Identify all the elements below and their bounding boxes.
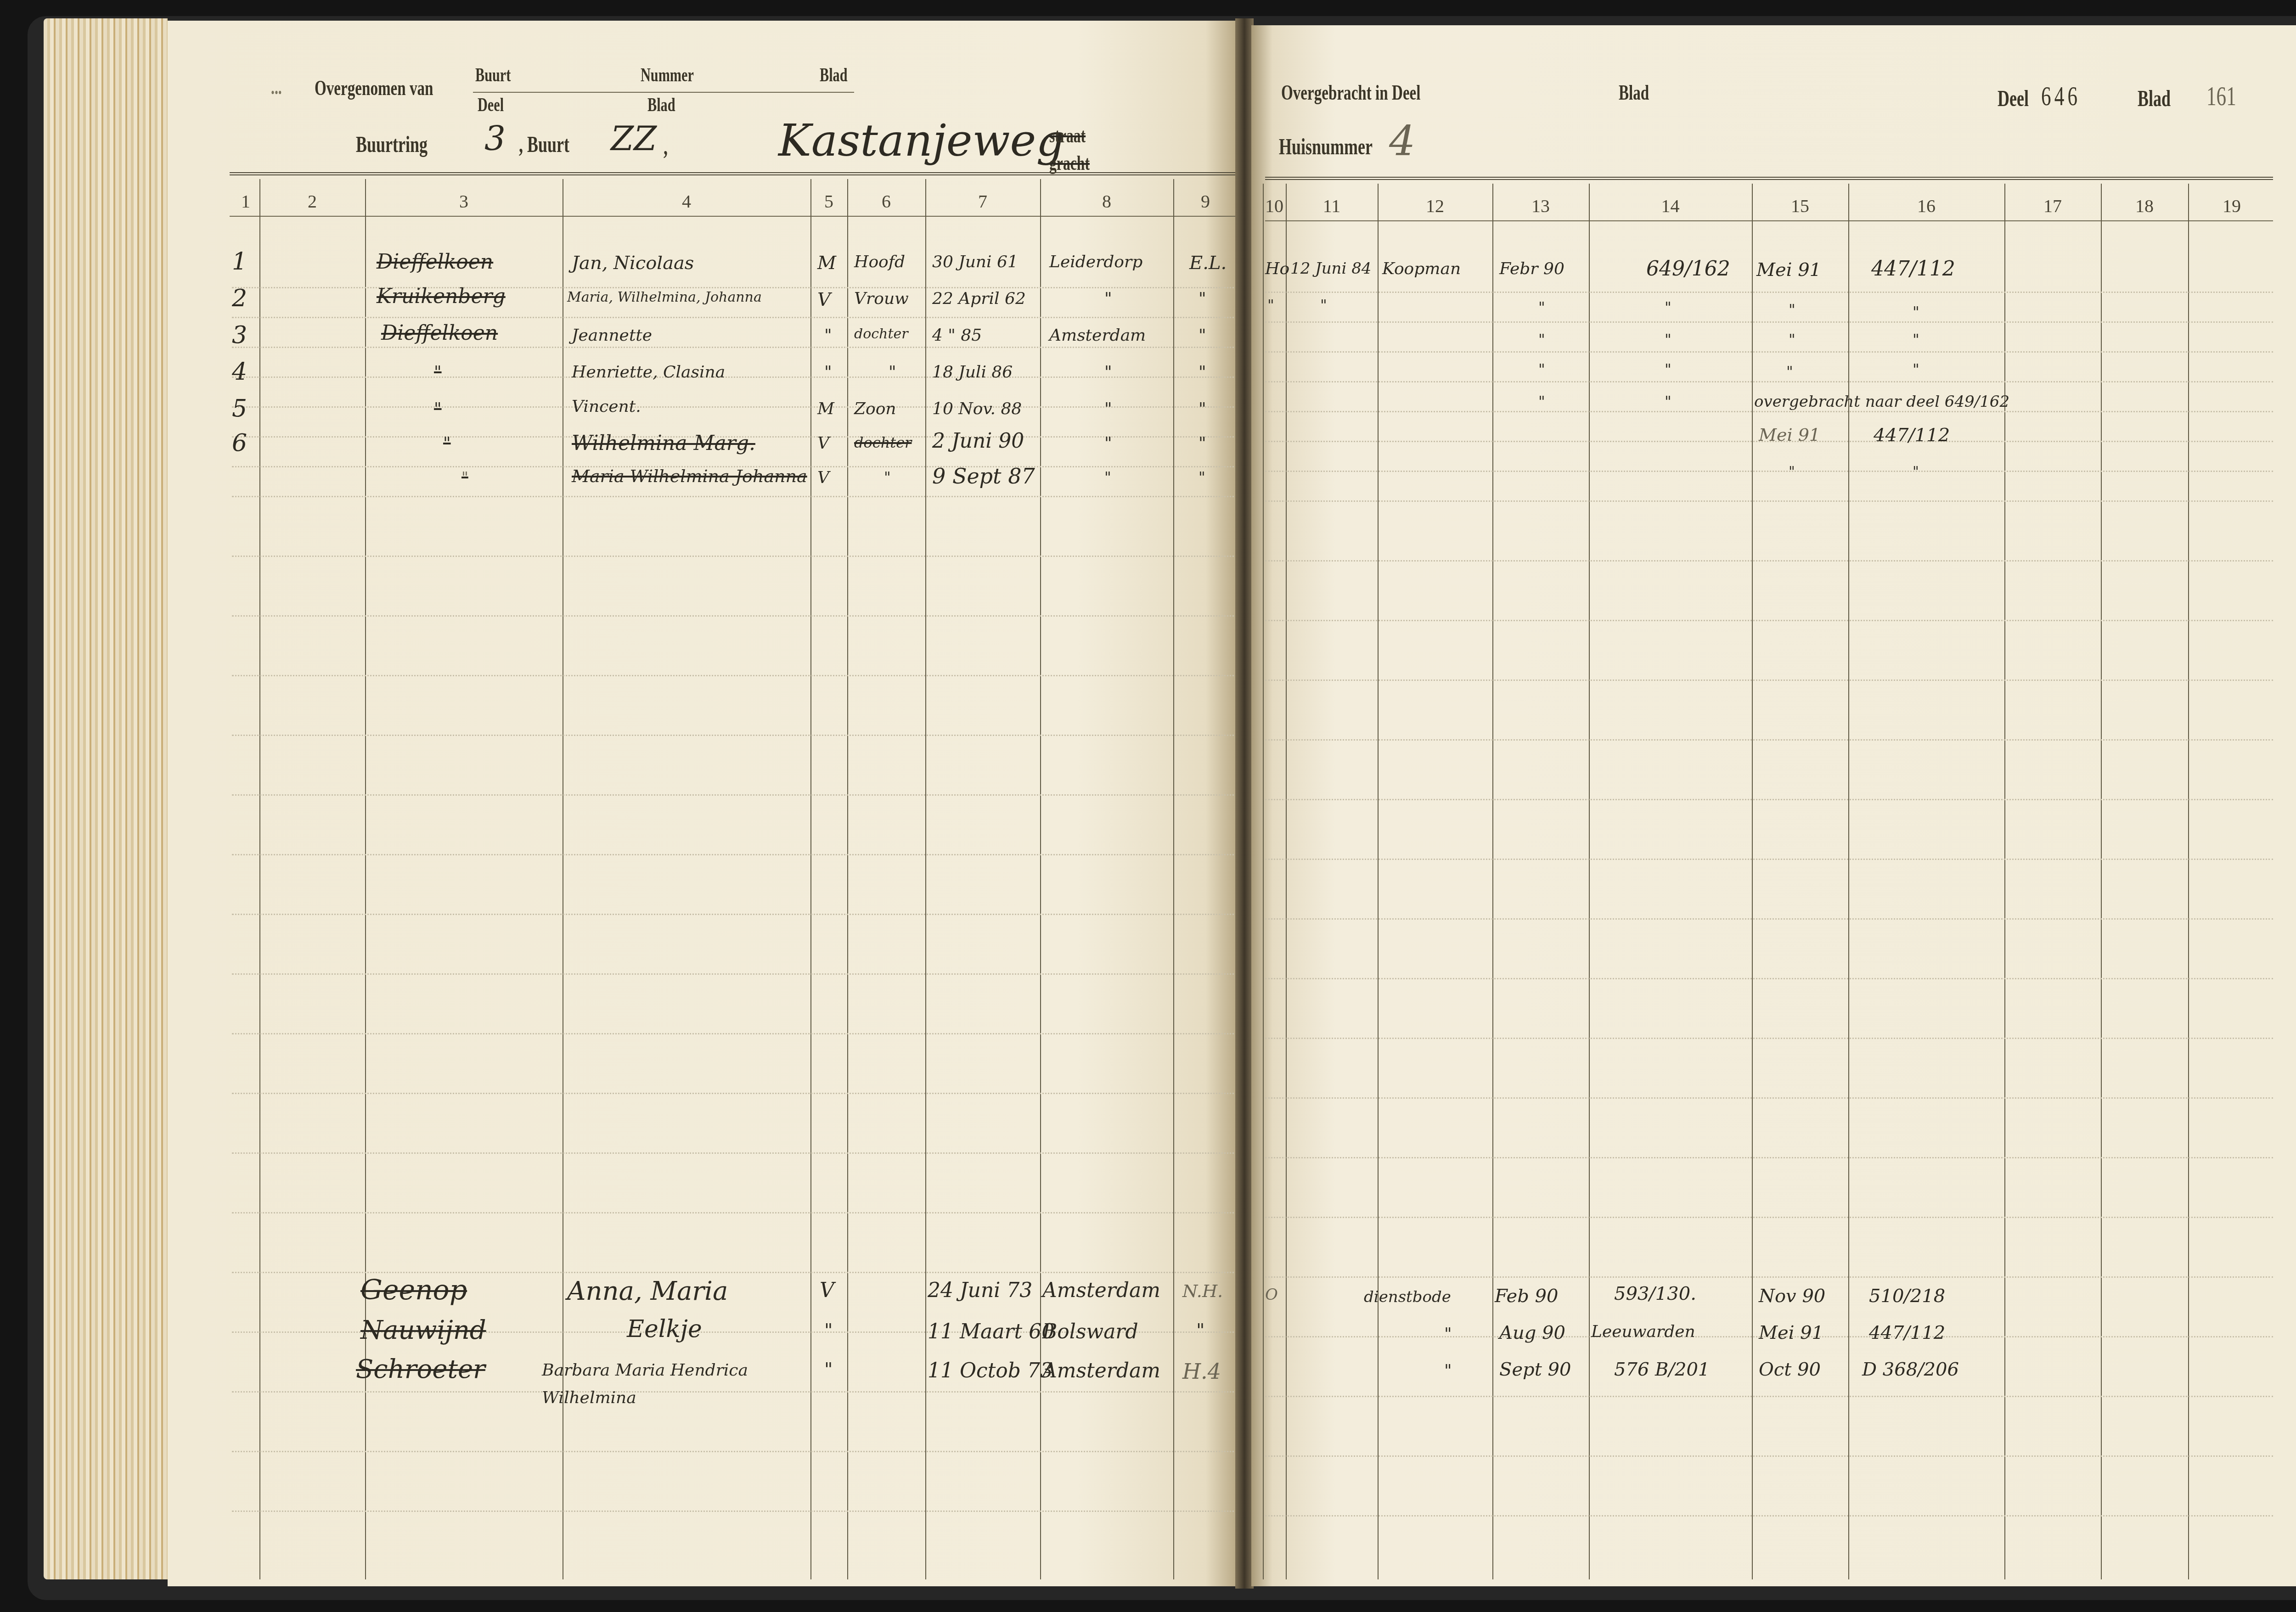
row-line bbox=[232, 735, 1238, 736]
col-line bbox=[1752, 184, 1753, 1579]
birth-date: 4 " 85 bbox=[932, 326, 982, 345]
occupation: dienstbode bbox=[1364, 1288, 1451, 1306]
birth-date: 22 April 62 bbox=[932, 289, 1026, 308]
blad-label: Blad bbox=[1619, 80, 1649, 105]
relation: Vrouw bbox=[854, 289, 909, 308]
col14: 593/130. bbox=[1614, 1283, 1696, 1304]
birth-date: 18 Juli 86 bbox=[932, 363, 1013, 382]
sex: V bbox=[817, 468, 829, 487]
col13: " bbox=[1538, 360, 1545, 378]
arrival-date: " bbox=[1320, 296, 1327, 314]
col-line bbox=[810, 179, 811, 1579]
row-line bbox=[232, 973, 1238, 975]
given-names: Wilhelmina Marg. bbox=[572, 432, 755, 455]
overgebracht-label: Overgebracht in Deel bbox=[1281, 80, 1421, 105]
col-number: 1 bbox=[232, 191, 259, 212]
birthplace: " bbox=[1104, 399, 1112, 418]
col10: " bbox=[1267, 296, 1274, 314]
row-line bbox=[1265, 292, 2273, 293]
row-line bbox=[1265, 859, 2273, 860]
col-number: 19 bbox=[2188, 195, 2275, 217]
col13: Sept 90 bbox=[1499, 1359, 1571, 1380]
surname: " bbox=[443, 434, 451, 453]
row-number: 1 bbox=[232, 248, 247, 275]
gracht-label: gracht bbox=[1049, 152, 1090, 175]
col15-note: overgebracht naar deel 649/162 bbox=[1754, 393, 2009, 411]
religion: H.4 bbox=[1182, 1359, 1221, 1384]
row-line bbox=[232, 1093, 1238, 1094]
relation: dochter bbox=[854, 434, 912, 451]
col10: Ho bbox=[1265, 259, 1289, 278]
sex: V bbox=[817, 434, 829, 453]
row-line bbox=[1265, 351, 2273, 353]
col16: 447/112 bbox=[1871, 257, 1955, 281]
row-number: 5 bbox=[232, 395, 247, 422]
birthplace: Bolsward bbox=[1042, 1320, 1138, 1343]
occupation: " bbox=[1444, 1325, 1452, 1343]
col-number: 14 bbox=[1589, 195, 1752, 217]
col14: Leeuwarden bbox=[1591, 1322, 1695, 1341]
buurt-value: ZZ bbox=[611, 119, 657, 158]
given-names: Jan, Nicolaas bbox=[572, 253, 694, 274]
given-names: Vincent. bbox=[572, 397, 641, 416]
col15: " bbox=[1786, 363, 1793, 380]
col-line bbox=[2188, 184, 2189, 1579]
col-number: 4 bbox=[563, 191, 810, 212]
relation: dochter bbox=[854, 326, 908, 342]
birthplace: Amsterdam bbox=[1042, 1279, 1160, 1302]
buurt-label: Buurt bbox=[475, 64, 511, 86]
col-number: 9 bbox=[1173, 191, 1238, 212]
row-line bbox=[232, 347, 1238, 348]
birthplace: Amsterdam bbox=[1042, 1359, 1160, 1382]
col-number: 15 bbox=[1752, 195, 1848, 217]
table-top-rule bbox=[1265, 177, 2273, 180]
sex: " bbox=[824, 363, 832, 382]
row-line bbox=[1265, 680, 2273, 681]
col15: Nov 90 bbox=[1759, 1286, 1825, 1307]
col-line bbox=[925, 179, 926, 1579]
deel-value: 646 bbox=[2041, 80, 2081, 112]
huisnummer-value: 4 bbox=[1389, 117, 1415, 165]
religion: " bbox=[1199, 399, 1206, 418]
row-line bbox=[232, 1272, 1238, 1273]
column-number-rule bbox=[1265, 220, 2273, 221]
row-line bbox=[1265, 381, 2273, 382]
birth-date: 10 Nov. 88 bbox=[932, 399, 1022, 418]
row-line bbox=[232, 496, 1238, 497]
col15: Mei 91 bbox=[1759, 425, 1820, 445]
arrival-date: 12 Juni 84 bbox=[1290, 259, 1371, 278]
sex: " bbox=[824, 1359, 833, 1380]
col14: 649/162 bbox=[1646, 257, 1730, 281]
birth-date: 2 Juni 90 bbox=[932, 429, 1024, 453]
birthplace: " bbox=[1104, 468, 1111, 486]
surname: Kruikenberg bbox=[377, 285, 506, 308]
right-page: Overgebracht in Deel Blad Deel 646 Blad … bbox=[1251, 25, 2296, 1586]
row-line bbox=[1265, 620, 2273, 621]
birthplace: " bbox=[1104, 289, 1112, 308]
col-line bbox=[847, 179, 848, 1579]
birthplace: " bbox=[1104, 363, 1112, 382]
religion: " bbox=[1199, 468, 1205, 486]
surname: " bbox=[461, 468, 468, 486]
blad-label-2: Blad bbox=[2138, 85, 2171, 112]
overgenomen-label: Overgenomen van bbox=[315, 76, 433, 100]
deel-label: Deel bbox=[478, 94, 504, 116]
row-line bbox=[232, 317, 1238, 318]
row-line bbox=[1265, 918, 2273, 920]
row-line bbox=[232, 1152, 1238, 1154]
col16: " bbox=[1913, 331, 1919, 348]
given-names: Barbara Maria Hendrica Wilhelmina bbox=[542, 1357, 799, 1412]
row-number: 4 bbox=[232, 358, 247, 386]
comma: , bbox=[664, 133, 668, 160]
street-value: Kastanjeweg bbox=[778, 115, 1064, 166]
row-line bbox=[232, 1511, 1238, 1512]
ellipsis: ... bbox=[271, 76, 282, 99]
col15: Oct 90 bbox=[1759, 1359, 1821, 1380]
row-line bbox=[232, 794, 1238, 796]
birth-date: 30 Juni 61 bbox=[932, 253, 1018, 271]
col16: " bbox=[1913, 303, 1919, 320]
col-number: 6 bbox=[847, 191, 925, 212]
row-number: 2 bbox=[232, 285, 247, 312]
buurt-label-2: , Buurt bbox=[519, 131, 569, 157]
col10: O bbox=[1265, 1286, 1278, 1304]
col15: " bbox=[1789, 331, 1795, 348]
birthplace: " bbox=[1104, 434, 1112, 453]
given-names: Maria Wilhelmina Johanna bbox=[572, 466, 810, 486]
sex: " bbox=[824, 326, 832, 345]
row-line bbox=[232, 854, 1238, 855]
col-line bbox=[1492, 184, 1493, 1579]
col-line bbox=[1173, 179, 1174, 1579]
row-line bbox=[232, 1451, 1238, 1452]
col15: " bbox=[1789, 301, 1795, 318]
surname: " bbox=[434, 363, 442, 382]
col-number: 7 bbox=[925, 191, 1040, 212]
col16: D 368/206 bbox=[1862, 1359, 1959, 1380]
row-line bbox=[232, 914, 1238, 915]
blad-value: 161 bbox=[2206, 80, 2236, 112]
col14: 576 B/201 bbox=[1614, 1359, 1710, 1380]
col13: " bbox=[1538, 393, 1545, 410]
col-number: 13 bbox=[1492, 195, 1589, 217]
religion: E.L. bbox=[1189, 253, 1227, 274]
col-number: 8 bbox=[1040, 191, 1173, 212]
col13: " bbox=[1538, 331, 1545, 348]
col-number: 10 bbox=[1263, 195, 1286, 217]
row-line bbox=[1265, 321, 2273, 323]
col16: " bbox=[1913, 464, 1919, 480]
sex: V bbox=[820, 1279, 834, 1302]
religion: " bbox=[1196, 1320, 1204, 1341]
surname: Dieffelkoen bbox=[381, 321, 498, 345]
occupation: Koopman bbox=[1382, 259, 1461, 278]
col-number: 11 bbox=[1286, 195, 1378, 217]
birth-date: 11 Octob 73 bbox=[928, 1359, 1053, 1382]
row-line bbox=[1265, 739, 2273, 741]
religion: " bbox=[1199, 326, 1206, 345]
buurtring-label: Buurtring bbox=[356, 131, 428, 157]
col-line bbox=[1286, 184, 1287, 1579]
row-line bbox=[1265, 1515, 2273, 1517]
col13: Febr 90 bbox=[1499, 259, 1564, 278]
sex: M bbox=[817, 253, 836, 274]
col15: Mei 91 bbox=[1759, 1322, 1823, 1343]
sex: M bbox=[817, 399, 834, 418]
row-line bbox=[232, 615, 1238, 617]
row-number: 3 bbox=[232, 321, 247, 349]
col-number: 5 bbox=[810, 191, 847, 212]
relation: Hoofd bbox=[854, 253, 905, 271]
col-line bbox=[1263, 184, 1264, 1579]
col-number: 12 bbox=[1378, 195, 1492, 217]
given-names: Anna, Maria bbox=[567, 1276, 728, 1306]
birth-date: 9 Sept 87 bbox=[932, 464, 1035, 489]
row-line bbox=[232, 376, 1238, 378]
religion: " bbox=[1199, 363, 1206, 382]
religion: " bbox=[1199, 289, 1206, 308]
row-line bbox=[232, 675, 1238, 676]
row-line bbox=[1265, 1038, 2273, 1039]
birthplace: Leiderdorp bbox=[1049, 253, 1142, 271]
birth-date: 24 Juni 73 bbox=[928, 1279, 1032, 1302]
row-line bbox=[1265, 500, 2273, 502]
col14: " bbox=[1665, 298, 1671, 316]
book-gutter bbox=[1235, 18, 1254, 1589]
row-line bbox=[1265, 799, 2273, 800]
huisnummer-label: Huisnummer bbox=[1279, 133, 1373, 160]
religion: " bbox=[1199, 434, 1206, 453]
table-top-rule bbox=[230, 172, 1238, 175]
given-names: Henriette, Clasina bbox=[572, 363, 725, 382]
row-line bbox=[232, 556, 1238, 557]
surname: Schroeter bbox=[356, 1354, 485, 1384]
deel-label: Deel bbox=[1998, 85, 2029, 112]
relation: " bbox=[889, 363, 896, 382]
straat-label: straat bbox=[1049, 124, 1086, 147]
relation: " bbox=[884, 468, 891, 486]
row-line bbox=[1265, 471, 2273, 472]
row-line bbox=[1265, 1097, 2273, 1099]
birthplace: Amsterdam bbox=[1049, 326, 1146, 345]
row-line bbox=[1265, 560, 2273, 562]
row-number: 6 bbox=[232, 429, 247, 457]
col-line bbox=[1378, 184, 1379, 1579]
col-line bbox=[1589, 184, 1590, 1579]
surname: Dieffelkoen bbox=[377, 250, 493, 274]
row-line bbox=[1265, 1217, 2273, 1218]
nummer-label: Nummer bbox=[641, 64, 694, 86]
religion: N.H. bbox=[1182, 1281, 1223, 1301]
column-number-rule bbox=[230, 216, 1238, 217]
given-names: Jeannette bbox=[572, 326, 652, 345]
sex: V bbox=[817, 289, 831, 310]
row-line bbox=[1265, 1157, 2273, 1158]
col-line bbox=[259, 179, 260, 1579]
col13: " bbox=[1538, 298, 1545, 316]
row-line bbox=[1265, 978, 2273, 979]
col15: Mei 91 bbox=[1756, 259, 1821, 281]
col14: " bbox=[1665, 331, 1671, 348]
surname: Nauwijnd bbox=[360, 1315, 486, 1345]
col-number: 16 bbox=[1848, 195, 2004, 217]
col13: Aug 90 bbox=[1499, 1322, 1565, 1343]
row-line bbox=[232, 1212, 1238, 1213]
row-line bbox=[232, 406, 1238, 408]
surname: Geenop bbox=[360, 1274, 467, 1306]
left-page: ... Overgenomen van Buurt Nummer Blad De… bbox=[168, 21, 1238, 1586]
col-line bbox=[2101, 184, 2102, 1579]
col16: " bbox=[1913, 360, 1919, 378]
blad-label-top: Blad bbox=[820, 64, 848, 86]
header-rule bbox=[473, 92, 854, 93]
buurtring-value: 3 bbox=[484, 119, 506, 158]
col16: 447/112 bbox=[1869, 1322, 1945, 1343]
surname: " bbox=[434, 399, 442, 418]
col-number: 18 bbox=[2101, 195, 2188, 217]
col14: " bbox=[1665, 393, 1671, 410]
row-line bbox=[1265, 411, 2273, 412]
sex: " bbox=[824, 1320, 833, 1341]
given-names: Maria, Wilhelmina, Johanna bbox=[567, 289, 762, 305]
col15: " bbox=[1789, 464, 1795, 480]
blad-label-bottom: Blad bbox=[647, 94, 675, 116]
row-line bbox=[1265, 1455, 2273, 1457]
col13: Feb 90 bbox=[1495, 1286, 1558, 1307]
occupation: " bbox=[1444, 1361, 1452, 1380]
col-number: 3 bbox=[365, 191, 563, 212]
row-line bbox=[1265, 1276, 2273, 1278]
birth-date: 11 Maart 60 bbox=[928, 1320, 1054, 1343]
col-number: 17 bbox=[2004, 195, 2101, 217]
row-line bbox=[232, 1033, 1238, 1034]
col-number: 2 bbox=[259, 191, 365, 212]
row-line bbox=[1265, 1396, 2273, 1397]
given-names: Eelkje bbox=[627, 1315, 702, 1343]
col16: 510/218 bbox=[1869, 1286, 1945, 1307]
col14: " bbox=[1665, 360, 1671, 378]
page-edges-left bbox=[44, 18, 168, 1579]
col16: 447/112 bbox=[1874, 425, 1950, 446]
relation: Zoon bbox=[854, 399, 896, 418]
